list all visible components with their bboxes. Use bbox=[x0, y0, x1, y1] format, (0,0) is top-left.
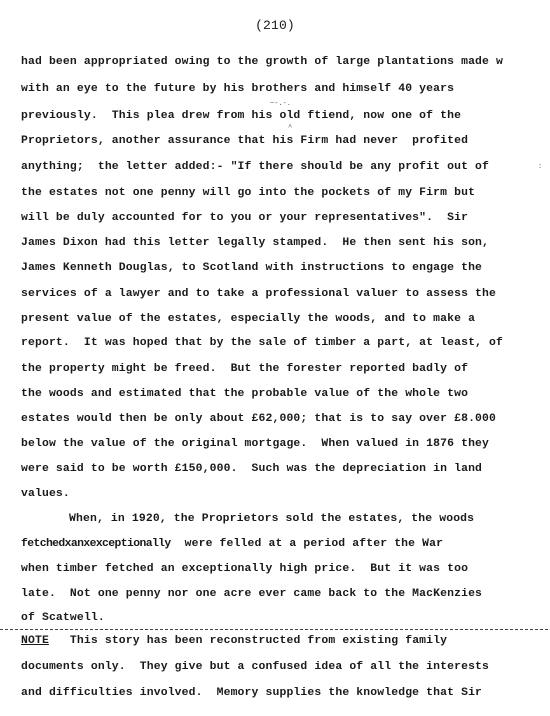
text-line: Proprietors, another assurance that his … bbox=[21, 135, 468, 147]
text-line: were said to be worth £150,000. Such was… bbox=[21, 463, 482, 475]
text-line: and difficulties involved. Memory suppli… bbox=[21, 687, 482, 699]
text-line: documents only. They give but a confused… bbox=[21, 661, 489, 673]
document-page: (210) had been appropriated owing to the… bbox=[0, 0, 550, 716]
caret-mark: ^ bbox=[288, 124, 292, 132]
text-line: will be duly accounted for to you or you… bbox=[21, 212, 468, 224]
text-line: James Kenneth Douglas, to Scotland with … bbox=[21, 262, 482, 274]
struck-out-text: fetchedxanxexceptionally bbox=[21, 538, 171, 550]
text-line: services of a lawyer and to take a profe… bbox=[21, 288, 496, 300]
text-line: previously. This plea drew from his old … bbox=[21, 110, 461, 122]
margin-mark: : bbox=[538, 163, 542, 171]
paragraph-opening-line: When, in 1920, the Proprietors sold the … bbox=[69, 513, 474, 525]
text-line: late. Not one penny nor one acre ever ca… bbox=[21, 588, 482, 600]
page-number: (210) bbox=[0, 18, 550, 33]
text-line-with-strikeout: fetchedxanxexceptionally were felled at … bbox=[21, 538, 443, 550]
text-line: present value of the estates, especially… bbox=[21, 313, 475, 325]
text-line: had been appropriated owing to the growt… bbox=[21, 56, 503, 68]
handwritten-mark: ~-.-. bbox=[270, 100, 291, 108]
text-line: report. It was hoped that by the sale of… bbox=[21, 337, 503, 349]
text-line: James Dixon had this letter legally stam… bbox=[21, 237, 489, 249]
text-line: when timber fetched an exceptionally hig… bbox=[21, 563, 468, 575]
text-fragment: were felled at a period after the War bbox=[171, 538, 443, 550]
text-fragment: This story has been reconstructed from e… bbox=[49, 635, 447, 647]
note-line: NOTE This story has been reconstructed f… bbox=[21, 635, 447, 647]
text-line: the property might be freed. But the for… bbox=[21, 363, 468, 375]
text-line: the woods and estimated that the probabl… bbox=[21, 388, 468, 400]
text-line: estates would then be only about £62,000… bbox=[21, 413, 496, 425]
text-line: with an eye to the future by his brother… bbox=[21, 83, 454, 95]
text-line: values. bbox=[21, 488, 70, 500]
dashed-divider bbox=[0, 629, 548, 630]
text-line: anything; the letter added:- "If there s… bbox=[21, 161, 489, 173]
text-line: below the value of the original mortgage… bbox=[21, 438, 489, 450]
text-line: the estates not one penny will go into t… bbox=[21, 187, 475, 199]
text-line: of Scatwell. bbox=[21, 612, 105, 624]
note-label: NOTE bbox=[21, 635, 49, 647]
